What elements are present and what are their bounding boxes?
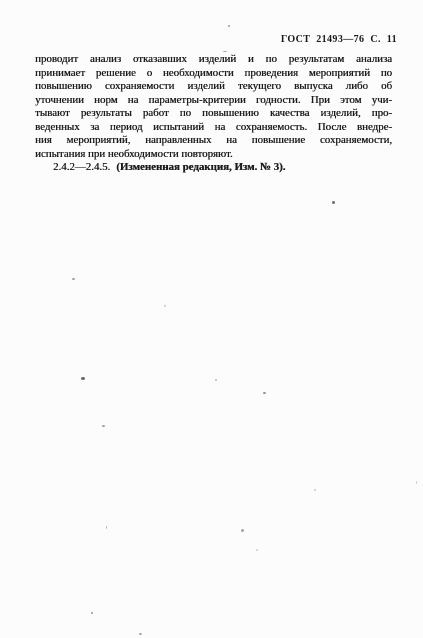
scan-speck <box>72 278 75 280</box>
scan-speck <box>223 51 227 52</box>
scan-speck <box>164 305 166 307</box>
scan-speck <box>263 392 266 394</box>
text-line: проводит анализ отказавших изделий и по … <box>35 53 392 67</box>
scan-speck <box>215 379 217 381</box>
text-line: принимает решение о необходимости провед… <box>35 67 392 81</box>
scan-speck <box>314 489 316 491</box>
revision-note-text: (Измененная редакция, Изм. № 3). <box>116 161 285 173</box>
scan-speck <box>106 526 107 529</box>
text-line: повышению сохраняемости изделий текущего… <box>35 80 392 94</box>
document-body: проводит анализ отказавших изделий и по … <box>35 53 392 175</box>
clause-range: 2.4.2—2.4.5. <box>53 161 110 173</box>
scan-speck <box>102 425 105 427</box>
text-line: испытания при необходимости повторяют. <box>35 148 392 162</box>
text-line: веденных за период испытаний на сохраняе… <box>35 121 392 135</box>
scan-speck <box>332 201 335 204</box>
scan-speck <box>256 549 258 551</box>
document-page: ГОСТ 21493—76 С. 11 проводит анализ отка… <box>0 0 423 638</box>
page-header-doc-number: ГОСТ 21493—76 С. 11 <box>281 34 397 45</box>
text-line: ния мероприятий, направленных на повышен… <box>35 134 392 148</box>
scan-speck <box>228 25 230 27</box>
text-line: уточнении норм на параметры-критерии год… <box>35 94 392 108</box>
scan-speck <box>81 377 85 380</box>
scan-speck <box>91 612 93 614</box>
scan-speck <box>416 481 417 484</box>
revision-note: 2.4.2—2.4.5.(Измененная редакция, Изм. №… <box>35 161 392 175</box>
scan-speck <box>139 633 142 635</box>
text-line: тывают результаты работ по повышению кач… <box>35 107 392 121</box>
scan-speck <box>241 529 244 532</box>
